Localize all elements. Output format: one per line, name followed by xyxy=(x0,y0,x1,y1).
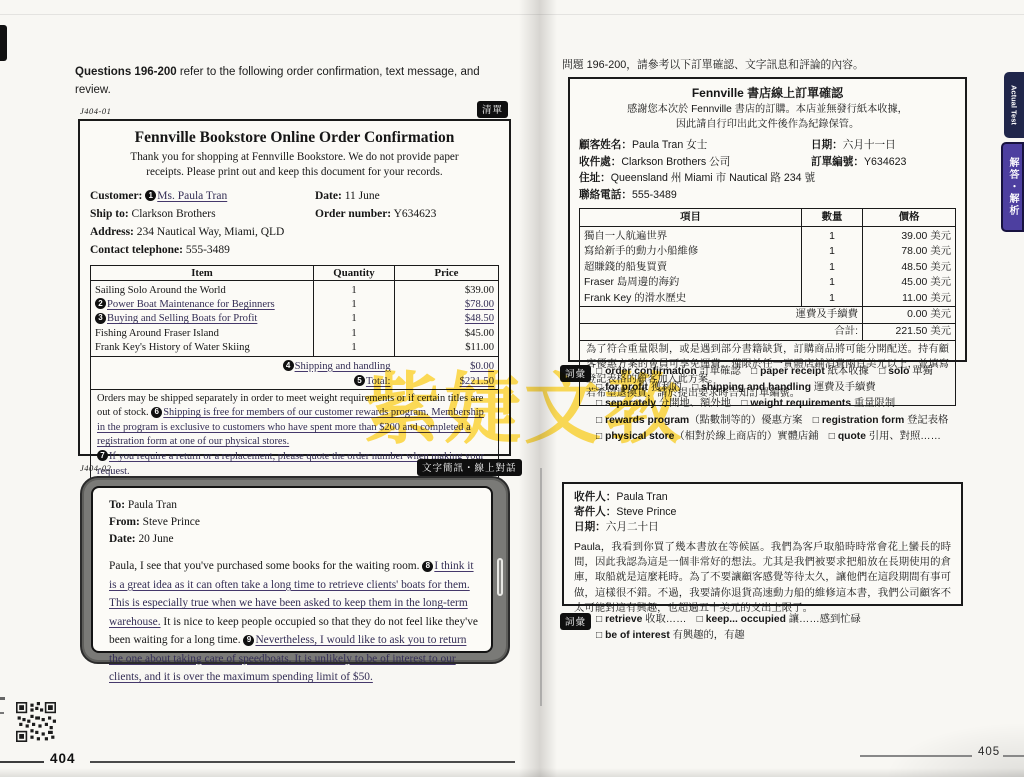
tablet-side-button-icon xyxy=(497,558,503,596)
qr-code xyxy=(16,702,56,742)
table-row: 3Buying and Selling Boats for Profit1$48… xyxy=(91,312,499,326)
vocab-line: □ be of interest 有興趣的，有趣 xyxy=(596,628,970,644)
address-value: 234 Nautical Way, Miami, QLD xyxy=(137,226,285,238)
scan-edge-mark xyxy=(0,697,5,700)
passage-type-tag-message: 文字簡訊・線上對話 xyxy=(417,459,522,476)
field-customer: Customer: 1Ms. Paula Tran Date: 11 June xyxy=(90,187,499,205)
scan-top-edge xyxy=(0,14,1024,15)
order-intro: Thank you for shopping at Fennville Book… xyxy=(110,150,478,181)
footer-rule-right-a xyxy=(860,755,972,757)
col-item: Item xyxy=(91,265,314,280)
zh-order-intro: 感謝您本次於 Fennville 書店的訂購。本店並無發行紙本收據， 因此請自行… xyxy=(579,103,956,132)
book-scan-page: Questions 196-200 refer to the following… xyxy=(0,0,1024,777)
shipto-value: Clarkson Brothers xyxy=(132,208,216,220)
zh-order-items-table: 項目 數量 價格 獨自一人航遍世界139.00 美元 寫給新手的動力小船維修17… xyxy=(579,208,956,341)
audio-track-label-1: J404-01 xyxy=(80,106,111,116)
table-row: Sailing Solo Around the World1$39.00 xyxy=(91,280,499,298)
vocab-line: □ retrieve 收取…… □ keep... occupied 讓……感到… xyxy=(596,612,970,628)
zh-total-row: 合計:221.50 美元 xyxy=(580,324,956,341)
field-address: Address: 234 Nautical Way, Miami, QLD xyxy=(90,223,499,241)
zh-message-box: 收件人：Paula Tran 寄件人：Steve Prince 日期：六月二十日… xyxy=(562,482,963,606)
zh-field-address: 住址：Queensland 州 Miami 市 Nautical 路 234 號 xyxy=(579,170,956,187)
zh-field-customer: 顧客姓名：Paula Tran 女士 日期：六月十一日 xyxy=(579,137,956,154)
page-number-right: 405 xyxy=(978,746,1000,758)
table-row: Frank Key 的滑水歷史111.00 美元 xyxy=(580,291,956,307)
passage-type-tag-list: 清單 xyxy=(477,101,508,118)
zh-table-header-row: 項目 數量 價格 xyxy=(580,209,956,227)
phone-value: 555-3489 xyxy=(186,244,230,256)
table-header-row: Item Quantity Price xyxy=(91,265,499,280)
col-price: Price xyxy=(395,265,499,280)
vocab-lines: □ retrieve 收取…… □ keep... occupied 讓……感到… xyxy=(596,612,970,644)
zh-shipping-row: 運費及手續費0.00 美元 xyxy=(580,307,956,324)
page-number-left: 404 xyxy=(50,751,76,766)
edge-tab-answers: 解答・解析 xyxy=(1001,142,1024,232)
zh-message-body: Paula，我看到你買了幾本書放在等候區。我們為客戶取船時時常會花上蠻長的時間，… xyxy=(574,540,951,616)
footer-rule-left-b xyxy=(90,761,515,763)
zh-questions-header: 問題 196-200，請參考以下訂單確認、文字訊息和評論的內容。 xyxy=(562,57,864,72)
zh-order-fields: 顧客姓名：Paula Tran 女士 日期：六月十一日 收件處：Clarkson… xyxy=(579,137,956,203)
msg-date: Date: 20 June xyxy=(109,531,478,548)
zh-field-shipto: 收件處：Clarkson Brothers 公司 訂單編號：Y634623 xyxy=(579,154,956,171)
table-row: 超賺錢的船隻買賣148.50 美元 xyxy=(580,260,956,275)
audio-track-label-2: J404-02 xyxy=(80,463,111,473)
zh-field-phone: 聯絡電話：555-3489 xyxy=(579,187,956,204)
message-tablet-frame: To: Paula Tran From: Steve Prince Date: … xyxy=(80,476,510,664)
table-row: Fraser 島周邊的海釣145.00 美元 xyxy=(580,275,956,290)
table-row: 寫給新手的動力小船維修178.00 美元 xyxy=(580,244,956,259)
msg-to: To: Paula Tran xyxy=(109,497,478,514)
gutter-line xyxy=(540,468,542,706)
zh-order-title: Fennville 書店線上訂單確認 xyxy=(579,84,956,101)
order-title: Fennville Bookstore Online Order Confirm… xyxy=(90,129,499,147)
vocab-block-2: 詞彙 □ retrieve 收取…… □ keep... occupied 讓…… xyxy=(560,612,970,644)
scan-edge-notch xyxy=(0,25,7,61)
publisher-watermark: 紫婕文教 xyxy=(364,348,684,459)
ordernum-value: Y634623 xyxy=(394,208,437,220)
zh-msg-from: 寄件人：Steve Prince xyxy=(574,505,951,520)
customer-value: 1Ms. Paula Tran xyxy=(145,190,227,202)
msg-from: From: Steve Prince xyxy=(109,514,478,531)
message-body: Paula, I see that you've purchased some … xyxy=(109,557,478,686)
zh-msg-date: 日期：六月二十日 xyxy=(574,520,951,535)
field-shipto: Ship to: Clarkson Brothers Order number:… xyxy=(90,205,499,223)
footer-rule-left-a xyxy=(0,761,44,763)
table-row: 2Power Boat Maintenance for Beginners1$7… xyxy=(91,298,499,312)
vocab-tag: 詞彙 xyxy=(560,613,591,630)
questions-header: Questions 196-200 refer to the following… xyxy=(75,63,513,100)
date-value: 11 June xyxy=(345,190,380,202)
tablet-screen: To: Paula Tran From: Steve Prince Date: … xyxy=(91,486,493,653)
scan-edge-mark xyxy=(0,712,4,714)
zh-msg-to: 收件人：Paula Tran xyxy=(574,490,951,505)
edge-tab-actual-test: Actual Test xyxy=(1004,72,1024,138)
scan-bottom-shadow xyxy=(0,768,1024,777)
footer-rule-right-b xyxy=(1003,755,1024,757)
order-fields: Customer: 1Ms. Paula Tran Date: 11 June … xyxy=(90,187,499,260)
table-row: 獨自一人航遍世界139.00 美元 xyxy=(580,227,956,245)
questions-range: Questions 196-200 xyxy=(75,66,177,78)
table-row: Fishing Around Fraser Island1$45.00 xyxy=(91,327,499,341)
field-phone: Contact telephone: 555-3489 xyxy=(90,241,499,259)
page-corner-curl xyxy=(884,722,1024,777)
zh-order-confirmation-box: Fennville 書店線上訂單確認 感謝您本次於 Fennville 書店的訂… xyxy=(568,77,967,362)
col-quantity: Quantity xyxy=(314,265,395,280)
